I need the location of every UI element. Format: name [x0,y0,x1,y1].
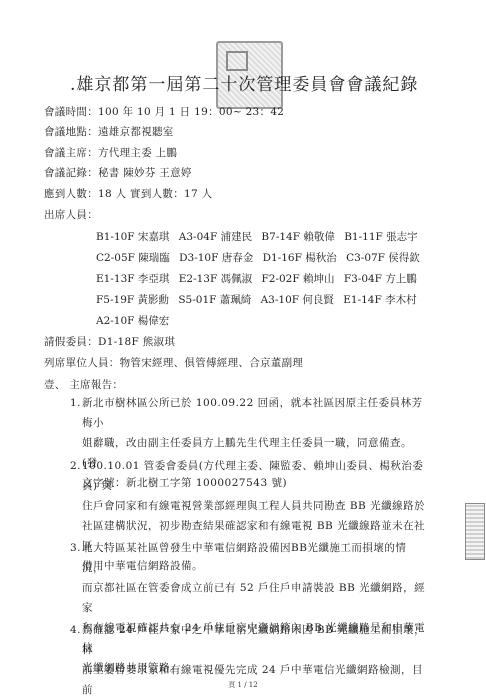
attendee: B1-11F 張志宇 [344,229,417,244]
attendee: C3-07F 侯得欽 [346,250,420,265]
attendee: E1-14F 李木村 [343,292,416,307]
attendee: D3-10F 唐春金 [179,250,253,265]
attendee: C2-05F 陳瑞臨 [96,250,170,265]
item-number: 4. [70,620,81,640]
item-line: 為確認 24 戶住戶家中之中華電信光纖網路未因 BB 光纖施工而損壞，林 [82,620,427,660]
document-page: .雄京都第一屆第二十次管理委員會會議紀錄 會議時間：100 年 10 月 1 日… [0,0,486,700]
side-seal-stamp-icon [465,503,485,560]
attendee: B1-10F 宋嘉琪 [96,229,169,244]
attendee: A2-10F 楊偉宏 [96,313,169,328]
meeting-place: 會議地點：遠雄京都視聽室 [44,124,174,139]
item-number: 3. [70,538,81,558]
attendee: A3-04F 浦建民 [179,229,252,244]
item-line: 北大特區某社區曾發生中華電信網路設備因BB光纖施工而損壞的情況， [82,538,427,578]
attendee: F3-04F 方上鵬 [344,271,417,286]
attendees-label: 出席人員： [44,207,98,222]
attendee: S5-01F 蕭珮綺 [178,292,251,307]
item-line: 而京都社區在管委會成立前已有 52 戶住戶申請裝設 BB 光纖網路，經家 [82,578,427,618]
item-line: 100.10.01 管委會委員(方代理主委、陳監委、賴坤山委員、楊秋治委員) 與 [82,456,427,496]
page-number: 頁 1 / 12 [0,680,486,690]
attendee: F5-19F 黃影勳 [96,292,169,307]
section-heading: 壹、 主席報告： [44,377,123,392]
attendee-row: A2-10F 楊偉宏 [96,313,175,328]
observers: 列席單位人員：物管宋經理、俱管傅經理、合京董副理 [44,355,303,370]
meeting-recorder: 會議記錄：秘書 陳妙芬 王意婷 [44,165,192,180]
attendee-row: F5-19F 黃影勳 S5-01F 蕭珮綺 A3-10F 何良賢 E1-14F … [96,292,423,307]
attendee-row: C2-05F 陳瑞臨 D3-10F 唐春金 D1-16F 楊秋治 C3-07F … [96,250,426,265]
attendee: B7-14F 賴敬偉 [261,229,334,244]
attendee: F2-02F 賴坤山 [261,271,334,286]
item-line: 住戶會同家和有線電視營業部經理與工程人員共同勘查 BB 光纖線路於 [82,496,427,516]
leave-members: 請假委員：D1-18F 熊淑琪 [44,334,175,349]
item-number: 2. [70,456,81,476]
item-line: 新北市樹林區公所已於 100.09.22 回函，就本社區因原主任委員林芳梅小 [82,393,427,433]
attendee-row: E1-13F 李亞琪 E2-13F 馮佩淑 F2-02F 賴坤山 F3-04F … [96,271,423,286]
attendee: A3-10F 何良賢 [261,292,334,307]
item-number: 1. [70,393,81,413]
document-title: .雄京都第一屆第二十次管理委員會會議紀錄 [70,70,430,95]
attendee: D1-16F 楊秋治 [263,250,337,265]
attendee-row: B1-10F 宋嘉琪 A3-04F 浦建民 B7-14F 賴敬偉 B1-11F … [96,229,424,244]
meeting-time: 會議時間：100 年 10 月 1 日 19：00~ 23：42 [44,104,284,119]
attendance-count: 應到人數：18 人 實到人數：17 人 [44,186,212,201]
meeting-chair: 會議主席：方代理主委 上鵬 [44,145,177,160]
attendee: E1-13F 李亞琪 [96,271,169,286]
attendee: E2-13F 馮佩淑 [179,271,252,286]
